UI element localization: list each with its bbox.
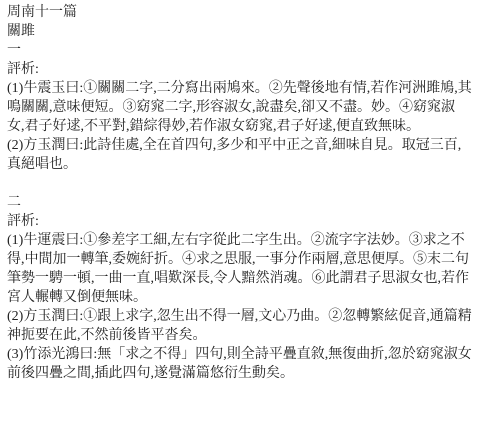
section-one-analysis-label: 評析: [7, 60, 472, 79]
section-one: 一 評析: (1)牛震玉曰:①關關二字,二分寫出兩鳩來。②先聲後地有情,若作河洲… [7, 41, 472, 174]
section-one-number: 一 [7, 41, 472, 60]
poem-title: 關雎 [7, 22, 472, 41]
document-page: 周南十一篇 關雎 一 評析: (1)牛震玉曰:①關關二字,二分寫出兩鳩來。②先聲… [0, 0, 480, 383]
commentary-paragraph: (2)方玉潤曰:此詩佳處,全在首四句,多少和平中正之音,細味自見。取冠三百,真絕… [7, 136, 472, 174]
section-two-analysis-label: 評析: [7, 212, 472, 231]
commentary-paragraph: (1)牛震玉曰:①關關二字,二分寫出兩鳩來。②先聲後地有情,若作河洲雎鳩,其鳴關… [7, 79, 472, 136]
section-two-number: 二 [7, 193, 472, 212]
commentary-paragraph: (1)牛運震曰:①參差字工細,左右字從此二字生出。②流字字法妙。③求之不得,中間… [7, 231, 472, 307]
commentary-paragraph: (2)方玉潤曰:①跟上求字,忽生出不得一層,文心乃曲。②忽轉繁絃促音,通篇精神扼… [7, 307, 472, 345]
document-title: 周南十一篇 [7, 3, 472, 22]
section-two: 二 評析: (1)牛運震曰:①參差字工細,左右字從此二字生出。②流字字法妙。③求… [7, 193, 472, 383]
commentary-paragraph: (3)竹添光鴻曰:無「求之不得」四句,則全詩平疊直敘,無復曲折,忽於窈窕淑女前後… [7, 345, 472, 383]
